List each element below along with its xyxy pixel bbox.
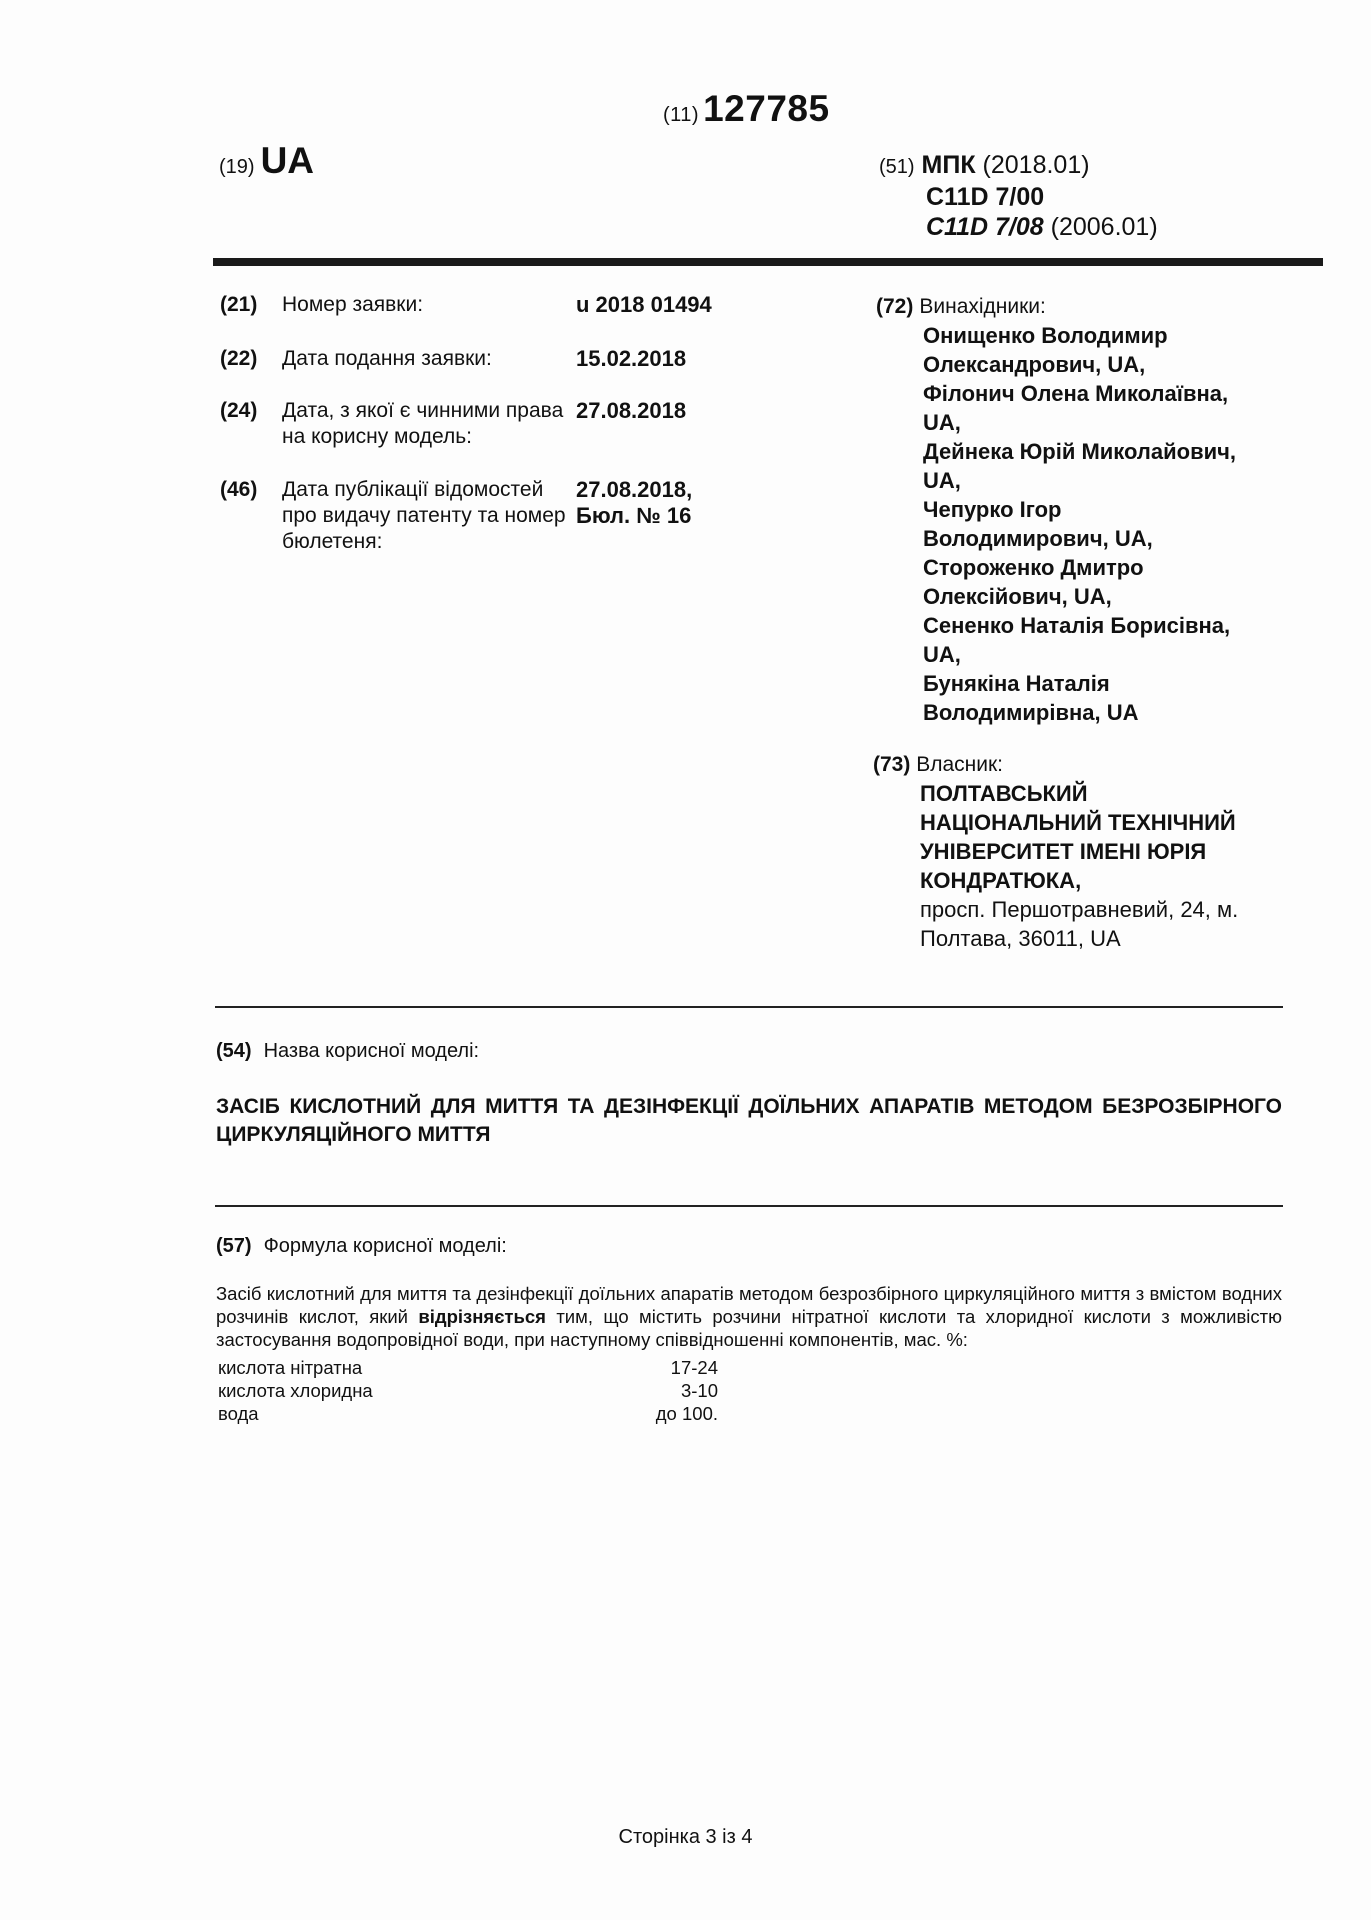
publication-number: (11)127785	[663, 88, 830, 130]
bib-value: u 2018 01494	[576, 292, 776, 318]
ipc-classification: (51) МПК (2018.01) C11D 7/00 C11D 7/08 (…	[879, 150, 1158, 242]
component-name: вода	[218, 1402, 259, 1425]
section-divider	[215, 1205, 1283, 1207]
bib-code: (21)	[220, 292, 257, 318]
claims-code: (57)	[216, 1235, 252, 1257]
claims-text: Засіб кислотний для миття та дезінфекції…	[216, 1282, 1282, 1351]
owner-address-line: Полтава, 36011, UA	[920, 924, 1238, 953]
claims-label: Формула корисної моделі:	[264, 1235, 507, 1257]
ipc-title: МПК	[922, 151, 976, 179]
inventors-code: (72)	[876, 295, 913, 318]
inventor-line: Олексійович, UA,	[923, 582, 1236, 611]
ipc-class-version: (2006.01)	[1051, 213, 1158, 241]
inventor-line: Володимирівна, UA	[923, 698, 1236, 727]
ipc-class: C11D 7/08	[926, 213, 1044, 241]
bib-label: Номер заявки:	[282, 292, 572, 318]
bib-code: (22)	[220, 346, 257, 372]
component-value: до 100.	[656, 1402, 718, 1425]
component-value: 3-10	[681, 1379, 718, 1402]
component-row: кислота нітратна 17-24	[218, 1356, 718, 1379]
bib-label: Дата, з якої є чинними права на корисну …	[282, 398, 567, 450]
inventor-line: Олександрович, UA,	[923, 350, 1236, 379]
ipc-class: C11D 7/00	[926, 183, 1044, 211]
owner-name-line: КОНДРАТЮКА,	[920, 866, 1238, 895]
bib-value: 27.08.2018	[576, 398, 776, 424]
component-row: кислота хлоридна 3-10	[218, 1379, 718, 1402]
page-number: Сторінка 3 із 4	[0, 1826, 1371, 1849]
title-section-label: (54)Назва корисної моделі:	[216, 1040, 479, 1063]
header-divider	[213, 258, 1323, 266]
inventor-line: Бунякіна Наталія	[923, 669, 1236, 698]
component-name: кислота хлоридна	[218, 1379, 373, 1402]
ipc-class-row: C11D 7/00	[926, 182, 1158, 212]
bib-value: 15.02.2018	[576, 346, 776, 372]
inventor-line: Онищенко Володимир	[923, 321, 1236, 350]
component-value: 17-24	[671, 1356, 718, 1379]
inventor-line: Чепурко Ігор	[923, 495, 1236, 524]
country-value: UA	[261, 140, 314, 181]
owner-code: (73)	[873, 753, 910, 776]
owner-name-line: УНІВЕРСИТЕТ ІМЕНІ ЮРІЯ	[920, 837, 1238, 866]
inventors-list: Онищенко Володимир Олександрович, UA, Фі…	[923, 321, 1236, 727]
ipc-code: (51)	[879, 156, 915, 178]
bib-code: (46)	[220, 477, 257, 503]
owner-section: (73) Власник: ПОЛТАВСЬКИЙ НАЦІОНАЛЬНИЙ Т…	[873, 750, 1238, 953]
claims-text-bold: відрізняється	[418, 1306, 546, 1327]
owner-label: Власник:	[916, 753, 1003, 776]
component-name: кислота нітратна	[218, 1356, 362, 1379]
inventor-line: Філонич Олена Миколаївна,	[923, 379, 1236, 408]
title-code: (54)	[216, 1040, 252, 1062]
bib-code: (24)	[220, 398, 257, 424]
ipc-version: (2018.01)	[983, 151, 1090, 179]
components-table: кислота нітратна 17-24 кислота хлоридна …	[218, 1356, 718, 1425]
inventor-line: UA,	[923, 466, 1236, 495]
inventor-line: Дейнека Юрій Миколайович,	[923, 437, 1236, 466]
owner-name-line: ПОЛТАВСЬКИЙ	[920, 779, 1238, 808]
bib-label: Дата подання заявки:	[282, 346, 572, 372]
inventor-line: Сененко Наталія Борисівна,	[923, 611, 1236, 640]
component-row: вода до 100.	[218, 1402, 718, 1425]
section-divider	[215, 1006, 1283, 1008]
country-code: (19)	[219, 156, 255, 178]
claims-section-label: (57)Формула корисної моделі:	[216, 1235, 507, 1258]
inventors-label: Винахідники:	[919, 295, 1046, 318]
utility-model-title: ЗАСІБ КИСЛОТНИЙ ДЛЯ МИТТЯ ТА ДЕЗІНФЕКЦІЇ…	[216, 1093, 1282, 1149]
title-label: Назва корисної моделі:	[264, 1040, 480, 1062]
inventor-line: UA,	[923, 640, 1236, 669]
bib-value: 27.08.2018, Бюл. № 16	[576, 477, 716, 529]
country: (19)UA	[219, 140, 314, 182]
owner-name-line: НАЦІОНАЛЬНИЙ ТЕХНІЧНИЙ	[920, 808, 1238, 837]
ipc-class-row: C11D 7/08 (2006.01)	[926, 212, 1158, 242]
owner-address-line: просп. Першотравневий, 24, м.	[920, 895, 1238, 924]
inventor-line: Стороженко Дмитро	[923, 553, 1236, 582]
publication-number-value: 127785	[703, 88, 829, 129]
inventor-line: Володимирович, UA,	[923, 524, 1236, 553]
bib-label: Дата публікації відомостей про видачу па…	[282, 477, 574, 555]
inventors-section: (72)Винахідники: Онищенко Володимир Олек…	[876, 292, 1236, 727]
publication-code: (11)	[663, 104, 699, 126]
inventor-line: UA,	[923, 408, 1236, 437]
